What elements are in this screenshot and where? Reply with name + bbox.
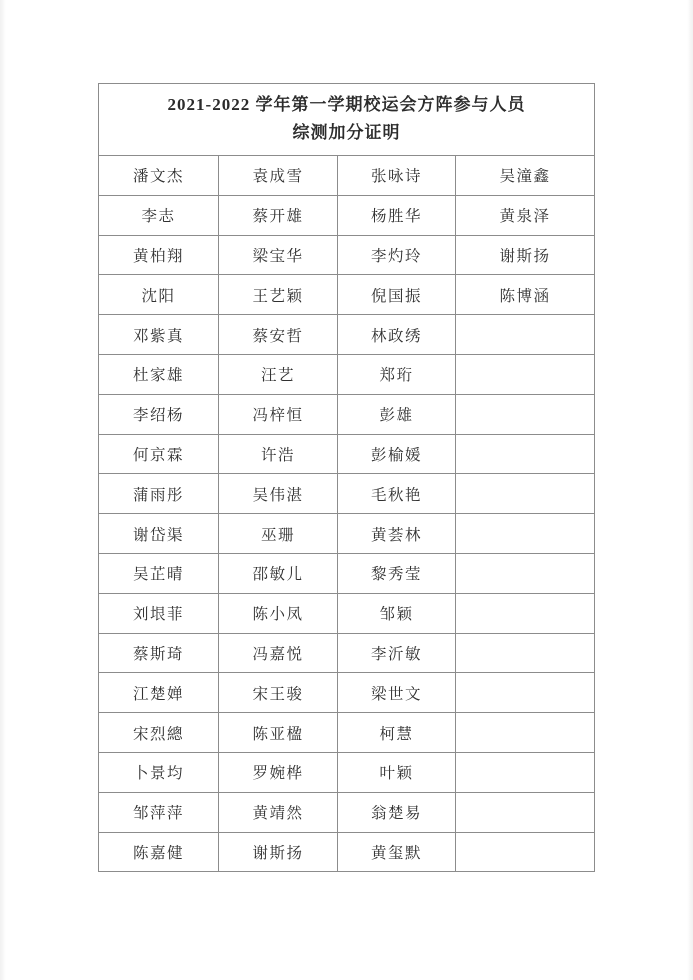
table-row: 卜景均罗婉桦叶颖	[99, 753, 595, 793]
table-cell: 黄靖然	[219, 793, 338, 833]
table-cell: 汪艺	[219, 355, 338, 395]
table-cell: 蒲雨彤	[99, 474, 219, 514]
table-cell: 黄泉泽	[456, 196, 595, 236]
table-row: 江楚婵宋王骏梁世文	[99, 673, 595, 713]
table-cell: 陈亚楹	[219, 713, 338, 753]
table-cell: 杜家雄	[99, 355, 219, 395]
table-cell: 叶颖	[338, 753, 456, 793]
table-row: 黄柏翔梁宝华李灼玲谢斯扬	[99, 236, 595, 276]
table-row: 李绍杨冯梓恒彭雄	[99, 395, 595, 435]
table-cell: 王艺颖	[219, 275, 338, 315]
table-cell	[456, 634, 595, 674]
table-cell: 罗婉桦	[219, 753, 338, 793]
table-row: 杜家雄汪艺郑珩	[99, 355, 595, 395]
table-title-line1: 2021-2022 学年第一学期校运会方阵参与人员	[168, 94, 526, 115]
table-cell: 陈博涵	[456, 275, 595, 315]
table-cell: 吴伟湛	[219, 474, 338, 514]
table-cell: 吴潼鑫	[456, 156, 595, 196]
table-cell: 蔡斯琦	[99, 634, 219, 674]
table-cell: 冯嘉悦	[219, 634, 338, 674]
table-cell: 卜景均	[99, 753, 219, 793]
table-cell: 何京霖	[99, 435, 219, 475]
table-cell	[456, 395, 595, 435]
table-row: 沈阳王艺颖倪国振陈博涵	[99, 275, 595, 315]
table-cell	[456, 355, 595, 395]
table-cell: 黄荟林	[338, 514, 456, 554]
table-cell: 李灼玲	[338, 236, 456, 276]
table-cell	[456, 673, 595, 713]
table-cell: 邵敏儿	[219, 554, 338, 594]
table-row: 邓紫真蔡安哲林政绣	[99, 315, 595, 355]
table-cell: 张咏诗	[338, 156, 456, 196]
table-cell: 杨胜华	[338, 196, 456, 236]
table-cell: 刘垠菲	[99, 594, 219, 634]
table-cell: 蔡安哲	[219, 315, 338, 355]
table-row: 李志蔡开雄杨胜华黄泉泽	[99, 196, 595, 236]
table-cell: 彭榆媛	[338, 435, 456, 475]
table-cell: 吴芷晴	[99, 554, 219, 594]
table-cell	[456, 713, 595, 753]
table-cell: 江楚婵	[99, 673, 219, 713]
table-cell: 李沂敏	[338, 634, 456, 674]
table-cell: 毛秋艳	[338, 474, 456, 514]
table-cell: 梁宝华	[219, 236, 338, 276]
table-cell	[456, 474, 595, 514]
table-cell: 谢斯扬	[219, 833, 338, 873]
table-cell: 谢斯扬	[456, 236, 595, 276]
table-cell: 冯梓恒	[219, 395, 338, 435]
table-rows: 潘文杰袁成雪张咏诗吴潼鑫李志蔡开雄杨胜华黄泉泽黄柏翔梁宝华李灼玲谢斯扬沈阳王艺颖…	[99, 156, 595, 872]
table-cell: 巫珊	[219, 514, 338, 554]
table-row: 邹萍萍黄靖然翁楚易	[99, 793, 595, 833]
table-cell: 谢岱渠	[99, 514, 219, 554]
table-cell: 梁世文	[338, 673, 456, 713]
table-row: 蒲雨彤吴伟湛毛秋艳	[99, 474, 595, 514]
table-cell: 陈小凤	[219, 594, 338, 634]
table-row: 刘垠菲陈小凤邹颖	[99, 594, 595, 634]
document-page: 2021-2022 学年第一学期校运会方阵参与人员 综测加分证明 潘文杰袁成雪张…	[0, 0, 693, 980]
table-cell	[456, 554, 595, 594]
table-cell: 郑珩	[338, 355, 456, 395]
table-row: 潘文杰袁成雪张咏诗吴潼鑫	[99, 156, 595, 196]
table-cell: 潘文杰	[99, 156, 219, 196]
table-cell: 倪国振	[338, 275, 456, 315]
table-cell: 宋烈總	[99, 713, 219, 753]
table-cell: 许浩	[219, 435, 338, 475]
table-cell	[456, 594, 595, 634]
table-row: 何京霖许浩彭榆媛	[99, 435, 595, 475]
table-cell	[456, 435, 595, 475]
table-row: 宋烈總陈亚楹柯慧	[99, 713, 595, 753]
participants-table: 2021-2022 学年第一学期校运会方阵参与人员 综测加分证明 潘文杰袁成雪张…	[98, 83, 595, 872]
table-row: 吴芷晴邵敏儿黎秀莹	[99, 554, 595, 594]
table-title: 2021-2022 学年第一学期校运会方阵参与人员 综测加分证明	[99, 84, 595, 156]
table-row: 谢岱渠巫珊黄荟林	[99, 514, 595, 554]
table-cell	[456, 793, 595, 833]
table-row: 陈嘉健谢斯扬黄玺默	[99, 833, 595, 873]
table-cell: 袁成雪	[219, 156, 338, 196]
table-cell: 柯慧	[338, 713, 456, 753]
table-cell: 黄玺默	[338, 833, 456, 873]
table-cell: 翁楚易	[338, 793, 456, 833]
table-cell: 李绍杨	[99, 395, 219, 435]
table-cell	[456, 833, 595, 873]
table-cell: 林政绣	[338, 315, 456, 355]
table-cell: 彭雄	[338, 395, 456, 435]
table-row: 蔡斯琦冯嘉悦李沂敏	[99, 634, 595, 674]
table-cell: 邓紫真	[99, 315, 219, 355]
table-cell: 邹颖	[338, 594, 456, 634]
table-title-line2: 综测加分证明	[293, 122, 401, 143]
table-cell: 黎秀莹	[338, 554, 456, 594]
table-cell	[456, 753, 595, 793]
table-cell: 宋王骏	[219, 673, 338, 713]
table-cell: 蔡开雄	[219, 196, 338, 236]
table-cell: 邹萍萍	[99, 793, 219, 833]
table-cell: 陈嘉健	[99, 833, 219, 873]
table-cell: 李志	[99, 196, 219, 236]
table-cell	[456, 315, 595, 355]
table-cell: 沈阳	[99, 275, 219, 315]
table-cell: 黄柏翔	[99, 236, 219, 276]
table-cell	[456, 514, 595, 554]
